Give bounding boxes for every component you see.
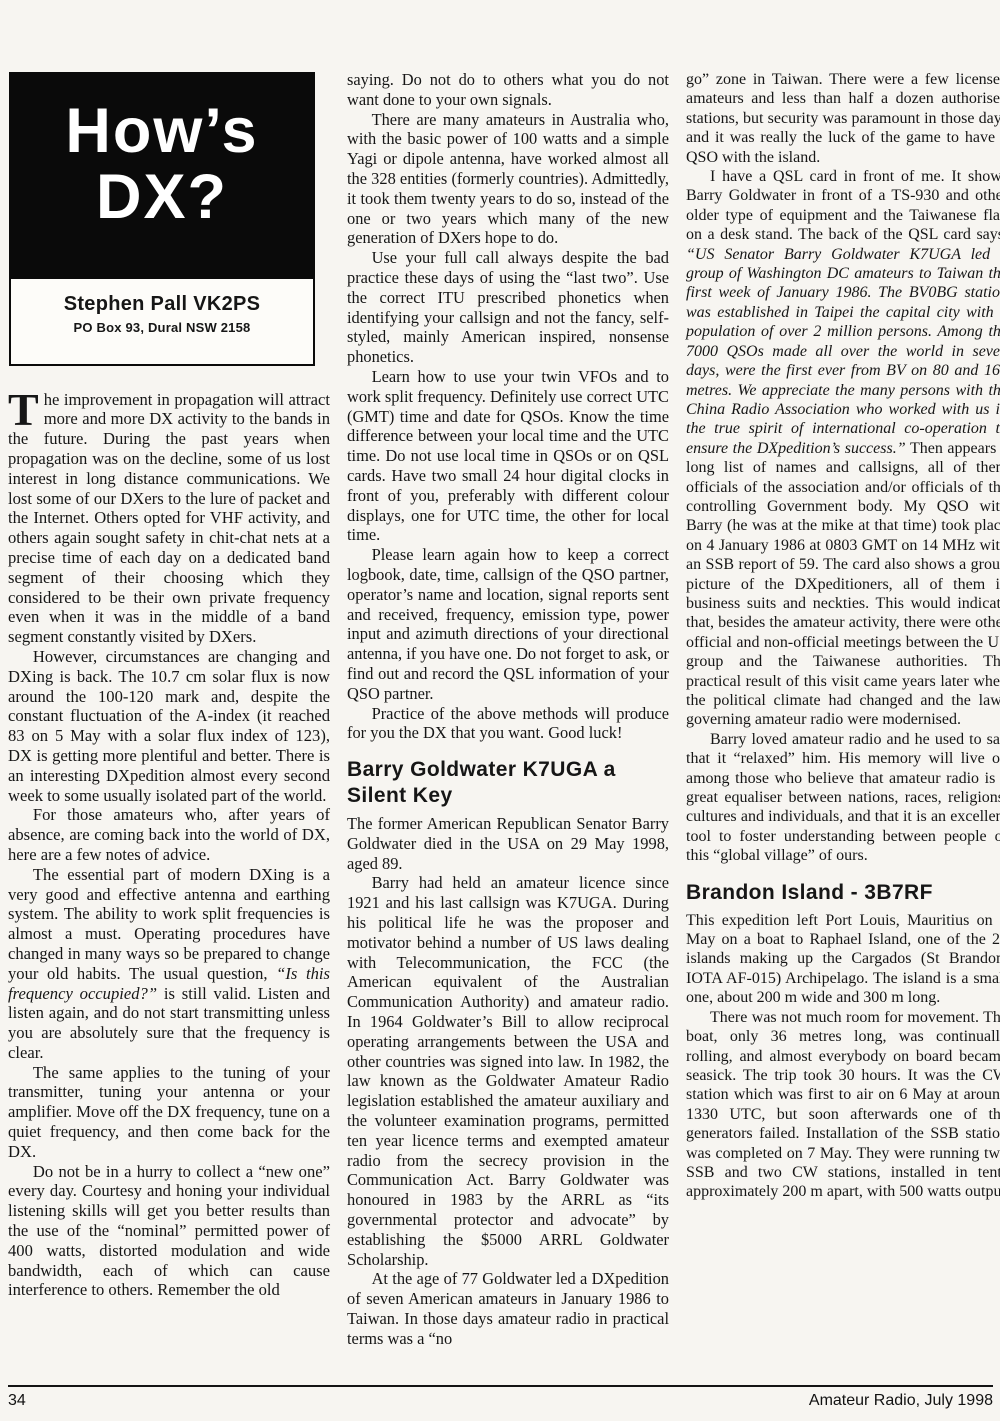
author-block: Stephen Pall VK2PS PO Box 93, Dural NSW … <box>11 279 313 364</box>
paragraph-licence-history: Barry had held an amateur licence since … <box>347 873 669 1269</box>
paragraph-vfos: Learn how to use your twin VFOs and to w… <box>347 367 669 545</box>
paragraph-no-go-zone: go” zone in Taiwan. There were a few lic… <box>686 70 1000 167</box>
author-address: PO Box 93, Dural NSW 2158 <box>17 318 307 338</box>
title-line1: How’s <box>65 98 258 164</box>
paragraph-qsl-card-pre: I have a QSL card in front of me. It sho… <box>686 168 1000 243</box>
column-middle: saying. Do not do to others what you do … <box>347 70 669 1378</box>
journal-title: Amateur Radio, July 1998 <box>809 1392 993 1410</box>
paragraph-saying: saying. Do not do to others what you do … <box>347 70 669 110</box>
heading-brandon-island: Brandon Island - 3B7RF <box>686 880 1000 906</box>
paragraph-barry-loved: Barry loved amateur radio and he used to… <box>686 730 1000 866</box>
paragraph-dxpedition-taiwan: At the age of 77 Goldwater led a DXpedit… <box>347 1269 669 1348</box>
paragraph-improvement: The improvement in propagation will attr… <box>8 390 330 647</box>
heading-goldwater-silent-key: Barry Goldwater K7UGA a Silent Key <box>347 757 669 809</box>
paragraph-logbook: Please learn again how to keep a correct… <box>347 545 669 703</box>
paragraph-senator-died: The former American Republican Senator B… <box>347 814 669 873</box>
paragraph-essential: The essential part of modern DXing is a … <box>8 865 330 1063</box>
column-left: How’s DX? Stephen Pall VK2PS PO Box 93, … <box>8 70 330 1378</box>
paragraph-improvement-text: he improvement in propagation will attra… <box>8 390 330 647</box>
drop-cap: T <box>8 390 44 428</box>
paragraph-australia: There are many amateurs in Australia who… <box>347 110 669 249</box>
footer-row: 34 Amateur Radio, July 1998 <box>8 1392 993 1410</box>
title-line2: DX? <box>65 164 258 230</box>
page-number: 34 <box>8 1392 26 1410</box>
paragraph-qsl-card-post: Then appears a long list of names and ca… <box>686 440 1000 729</box>
paragraph-qsl-card: I have a QSL card in front of me. It sho… <box>686 167 1000 730</box>
paragraph-practice: Practice of the above methods will produ… <box>347 704 669 744</box>
column-logo: How’s DX? <box>11 74 313 279</box>
page-footer: 34 Amateur Radio, July 1998 <box>8 1385 993 1410</box>
column-title: How’s DX? <box>65 98 258 230</box>
paragraph-hurry: Do not be in a hurry to collect a “new o… <box>8 1162 330 1301</box>
paragraph-advice: For those amateurs who, after years of a… <box>8 805 330 864</box>
masthead-box: How’s DX? Stephen Pall VK2PS PO Box 93, … <box>9 72 315 366</box>
qsl-card-quote: “US Senator Barry Goldwater K7UGA led a … <box>686 246 1000 457</box>
article-columns: How’s DX? Stephen Pall VK2PS PO Box 93, … <box>8 70 1000 1378</box>
paragraph-full-call: Use your full call always despite the ba… <box>347 248 669 367</box>
footer-rule <box>8 1385 993 1387</box>
paragraph-no-room: There was not much room for movement. Th… <box>686 1008 1000 1202</box>
paragraph-circumstances: However, circumstances are changing and … <box>8 647 330 805</box>
column-right: go” zone in Taiwan. There were a few lic… <box>686 70 1000 1378</box>
magazine-page: How’s DX? Stephen Pall VK2PS PO Box 93, … <box>0 0 1000 1421</box>
paragraph-tuning: The same applies to the tuning of your t… <box>8 1063 330 1162</box>
author-name: Stephen Pall VK2PS <box>17 295 307 315</box>
paragraph-expedition-left: This expedition left Port Louis, Mauriti… <box>686 911 1000 1008</box>
